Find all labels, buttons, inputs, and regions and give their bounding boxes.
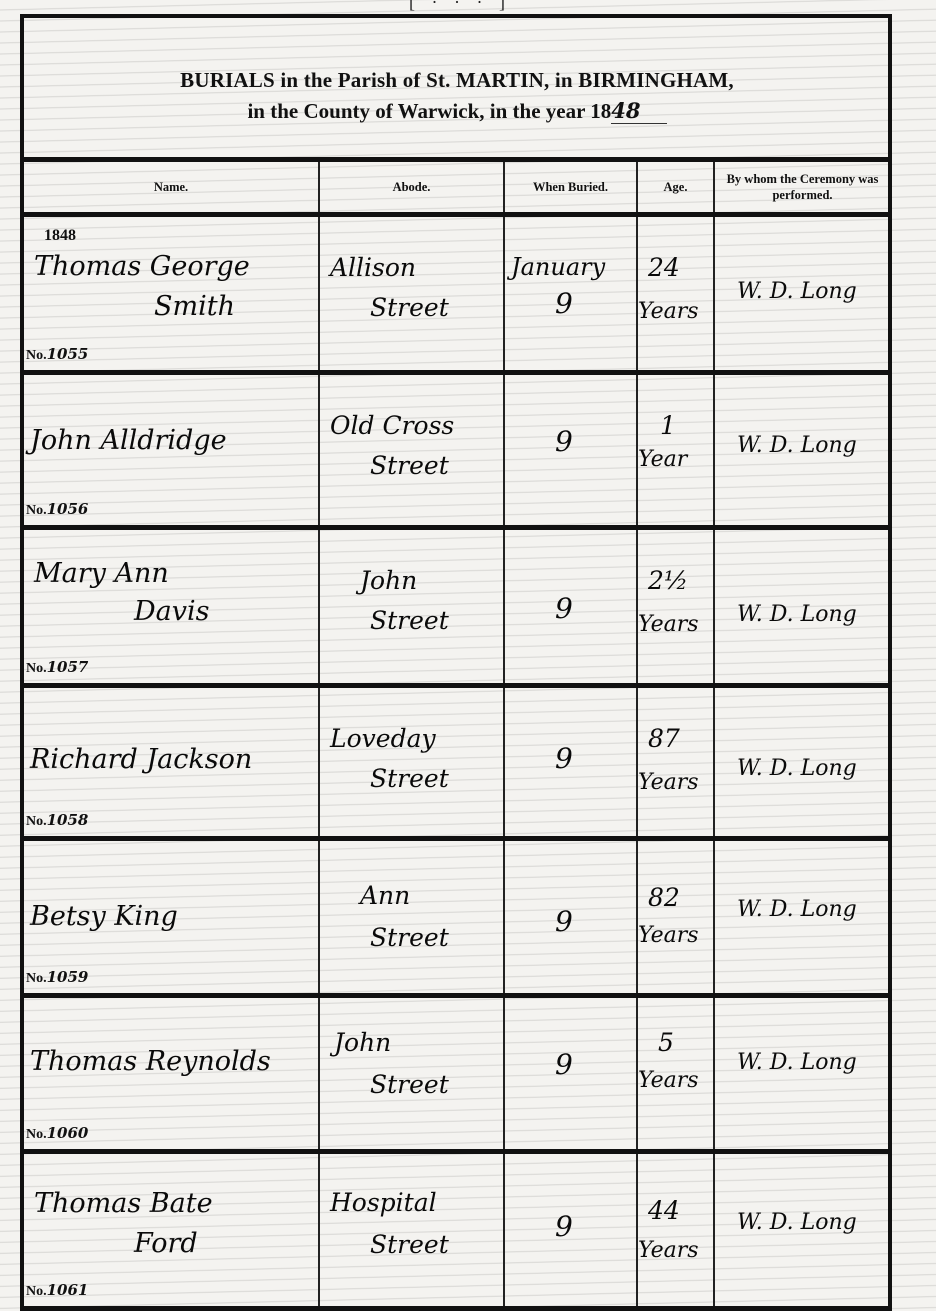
name-line-1: Thomas Reynolds bbox=[30, 1046, 271, 1077]
abode-line-2: Street bbox=[370, 1230, 449, 1259]
name-line-2: Smith bbox=[154, 291, 235, 322]
name-line-1: Richard Jackson bbox=[30, 744, 252, 775]
cell-age: 44 Years bbox=[638, 1154, 715, 1306]
age-unit: Year bbox=[638, 447, 687, 472]
entry-number-value: 1057 bbox=[47, 658, 89, 676]
cell-age: 24 Years bbox=[638, 217, 715, 370]
register-entry-1059: Betsy King No.1059 Ann Street 9 82 Years… bbox=[24, 841, 890, 998]
register-entry-1055: 1848 Thomas George Smith No.1055 Allison… bbox=[24, 217, 890, 375]
column-header-row: Name. Abode. When Buried. Age. By whom t… bbox=[24, 157, 890, 217]
buried-day: 9 bbox=[555, 905, 573, 938]
entry-number: No.1058 bbox=[26, 811, 88, 830]
header-age: Age. bbox=[638, 162, 715, 212]
age-value: 44 bbox=[648, 1196, 680, 1225]
age-unit: Years bbox=[638, 299, 699, 324]
cell-officiant: W. D. Long bbox=[715, 217, 890, 370]
header-abode: Abode. bbox=[320, 162, 505, 212]
abode-line-2: Street bbox=[370, 606, 449, 635]
officiant-signature: W. D. Long bbox=[737, 602, 857, 627]
register-entry-1060: Thomas Reynolds No.1060 John Street 9 5 … bbox=[24, 998, 890, 1154]
cell-abode: John Street bbox=[320, 530, 505, 683]
entry-number-label: No. bbox=[26, 814, 47, 829]
entry-number-value: 1060 bbox=[47, 1124, 89, 1142]
register-entry-1061: Thomas Bate Ford No.1061 Hospital Street… bbox=[24, 1154, 890, 1311]
abode-line-1: Ann bbox=[360, 881, 410, 910]
age-value: 1 bbox=[660, 411, 676, 440]
officiant-signature: W. D. Long bbox=[737, 433, 857, 458]
cell-when-buried: 9 bbox=[505, 688, 638, 836]
cell-name: Betsy King No.1059 bbox=[24, 841, 320, 993]
entry-number-value: 1061 bbox=[47, 1281, 89, 1299]
title-line-2: in the County of Warwick, in the year 18… bbox=[24, 98, 890, 124]
officiant-signature: W. D. Long bbox=[737, 897, 857, 922]
cell-name: Mary Ann Davis No.1057 bbox=[24, 530, 320, 683]
age-value: 82 bbox=[648, 883, 680, 912]
entry-number-label: No. bbox=[26, 1127, 47, 1142]
cell-officiant: W. D. Long bbox=[715, 688, 890, 836]
cell-officiant: W. D. Long bbox=[715, 998, 890, 1149]
buried-day: 9 bbox=[555, 287, 573, 320]
buried-day: 9 bbox=[555, 1210, 573, 1243]
cell-officiant: W. D. Long bbox=[715, 530, 890, 683]
title-year-handwritten: 48 bbox=[611, 98, 666, 124]
entry-number-value: 1059 bbox=[47, 968, 89, 986]
cell-when-buried: January 9 bbox=[505, 217, 638, 370]
cell-age: 2½ Years bbox=[638, 530, 715, 683]
cell-name: Thomas Reynolds No.1060 bbox=[24, 998, 320, 1149]
cell-abode: Allison Street bbox=[320, 217, 505, 370]
title-line-2-text: in the County of Warwick, in the year 18 bbox=[247, 99, 611, 123]
cell-name: 1848 Thomas George Smith No.1055 bbox=[24, 217, 320, 370]
buried-day: 9 bbox=[555, 592, 573, 625]
cell-when-buried: 9 bbox=[505, 375, 638, 525]
abode-line-1: John bbox=[360, 566, 417, 595]
cell-name: Richard Jackson No.1058 bbox=[24, 688, 320, 836]
register-entry-1056: John Alldridge No.1056 Old Cross Street … bbox=[24, 375, 890, 530]
register-entry-1058: Richard Jackson No.1058 Loveday Street 9… bbox=[24, 688, 890, 841]
page-number-fragment: [ · · · ] bbox=[360, 0, 560, 8]
age-unit: Years bbox=[638, 612, 699, 637]
age-unit: Years bbox=[638, 770, 699, 795]
name-line-1: Mary Ann bbox=[34, 558, 169, 589]
entry-number-label: No. bbox=[26, 971, 47, 986]
entry-number-label: No. bbox=[26, 503, 47, 518]
cell-when-buried: 9 bbox=[505, 1154, 638, 1306]
cell-abode: Hospital Street bbox=[320, 1154, 505, 1306]
abode-line-1: Old Cross bbox=[330, 411, 454, 440]
cell-name: John Alldridge No.1056 bbox=[24, 375, 320, 525]
cell-abode: Ann Street bbox=[320, 841, 505, 993]
cell-officiant: W. D. Long bbox=[715, 375, 890, 525]
abode-line-2: Street bbox=[370, 1070, 449, 1099]
age-value: 87 bbox=[648, 724, 680, 753]
entry-number-value: 1058 bbox=[47, 811, 89, 829]
register-year-mark: 1848 bbox=[44, 227, 76, 245]
age-unit: Years bbox=[638, 1068, 699, 1093]
cell-age: 87 Years bbox=[638, 688, 715, 836]
age-unit: Years bbox=[638, 923, 699, 948]
cell-age: 1 Year bbox=[638, 375, 715, 525]
entry-number-value: 1055 bbox=[47, 345, 89, 363]
cell-abode: Old Cross Street bbox=[320, 375, 505, 525]
header-name: Name. bbox=[24, 162, 320, 212]
abode-line-2: Street bbox=[370, 293, 449, 322]
abode-line-1: John bbox=[334, 1028, 391, 1057]
officiant-signature: W. D. Long bbox=[737, 279, 857, 304]
header-officiant: By whom the Ceremony was performed. bbox=[715, 162, 890, 212]
entry-number: No.1059 bbox=[26, 968, 88, 987]
name-line-2: Ford bbox=[134, 1228, 198, 1259]
cell-abode: John Street bbox=[320, 998, 505, 1149]
cell-name: Thomas Bate Ford No.1061 bbox=[24, 1154, 320, 1306]
name-line-2: Davis bbox=[134, 596, 210, 627]
entry-number-label: No. bbox=[26, 348, 47, 363]
cell-age: 82 Years bbox=[638, 841, 715, 993]
entry-number: No.1056 bbox=[26, 500, 88, 519]
entry-number: No.1057 bbox=[26, 658, 88, 677]
buried-day: 9 bbox=[555, 425, 573, 458]
officiant-signature: W. D. Long bbox=[737, 1210, 857, 1235]
header-when-buried: When Buried. bbox=[505, 162, 638, 212]
entry-number-label: No. bbox=[26, 661, 47, 676]
buried-day: 9 bbox=[555, 742, 573, 775]
name-line-1: John Alldridge bbox=[30, 425, 227, 456]
entry-number: No.1060 bbox=[26, 1124, 88, 1143]
age-value: 24 bbox=[648, 253, 680, 282]
cell-officiant: W. D. Long bbox=[715, 1154, 890, 1306]
abode-line-1: Loveday bbox=[330, 724, 436, 753]
register-title: BURIALS in the Parish of St. MARTIN, in … bbox=[24, 18, 890, 158]
officiant-signature: W. D. Long bbox=[737, 756, 857, 781]
title-line-1: BURIALS in the Parish of St. MARTIN, in … bbox=[24, 68, 890, 93]
cell-abode: Loveday Street bbox=[320, 688, 505, 836]
buried-day: 9 bbox=[555, 1048, 573, 1081]
cell-age: 5 Years bbox=[638, 998, 715, 1149]
abode-line-2: Street bbox=[370, 764, 449, 793]
entry-number-label: No. bbox=[26, 1284, 47, 1299]
abode-line-2: Street bbox=[370, 451, 449, 480]
cell-when-buried: 9 bbox=[505, 530, 638, 683]
cell-when-buried: 9 bbox=[505, 998, 638, 1149]
abode-line-1: Hospital bbox=[330, 1188, 437, 1217]
name-line-1: Thomas Bate bbox=[34, 1188, 213, 1219]
age-value: 2½ bbox=[648, 566, 688, 595]
name-line-1: Thomas George bbox=[34, 251, 250, 282]
officiant-signature: W. D. Long bbox=[737, 1050, 857, 1075]
age-unit: Years bbox=[638, 1238, 699, 1263]
abode-line-2: Street bbox=[370, 923, 449, 952]
entry-number-value: 1056 bbox=[47, 500, 89, 518]
cell-when-buried: 9 bbox=[505, 841, 638, 993]
entry-number: No.1055 bbox=[26, 345, 88, 364]
age-value: 5 bbox=[658, 1028, 674, 1057]
register-entry-1057: Mary Ann Davis No.1057 John Street 9 2½ … bbox=[24, 530, 890, 688]
entry-number: No.1061 bbox=[26, 1281, 88, 1300]
cell-officiant: W. D. Long bbox=[715, 841, 890, 993]
name-line-1: Betsy King bbox=[30, 901, 178, 932]
abode-line-1: Allison bbox=[330, 253, 416, 282]
buried-month: January bbox=[511, 253, 605, 281]
